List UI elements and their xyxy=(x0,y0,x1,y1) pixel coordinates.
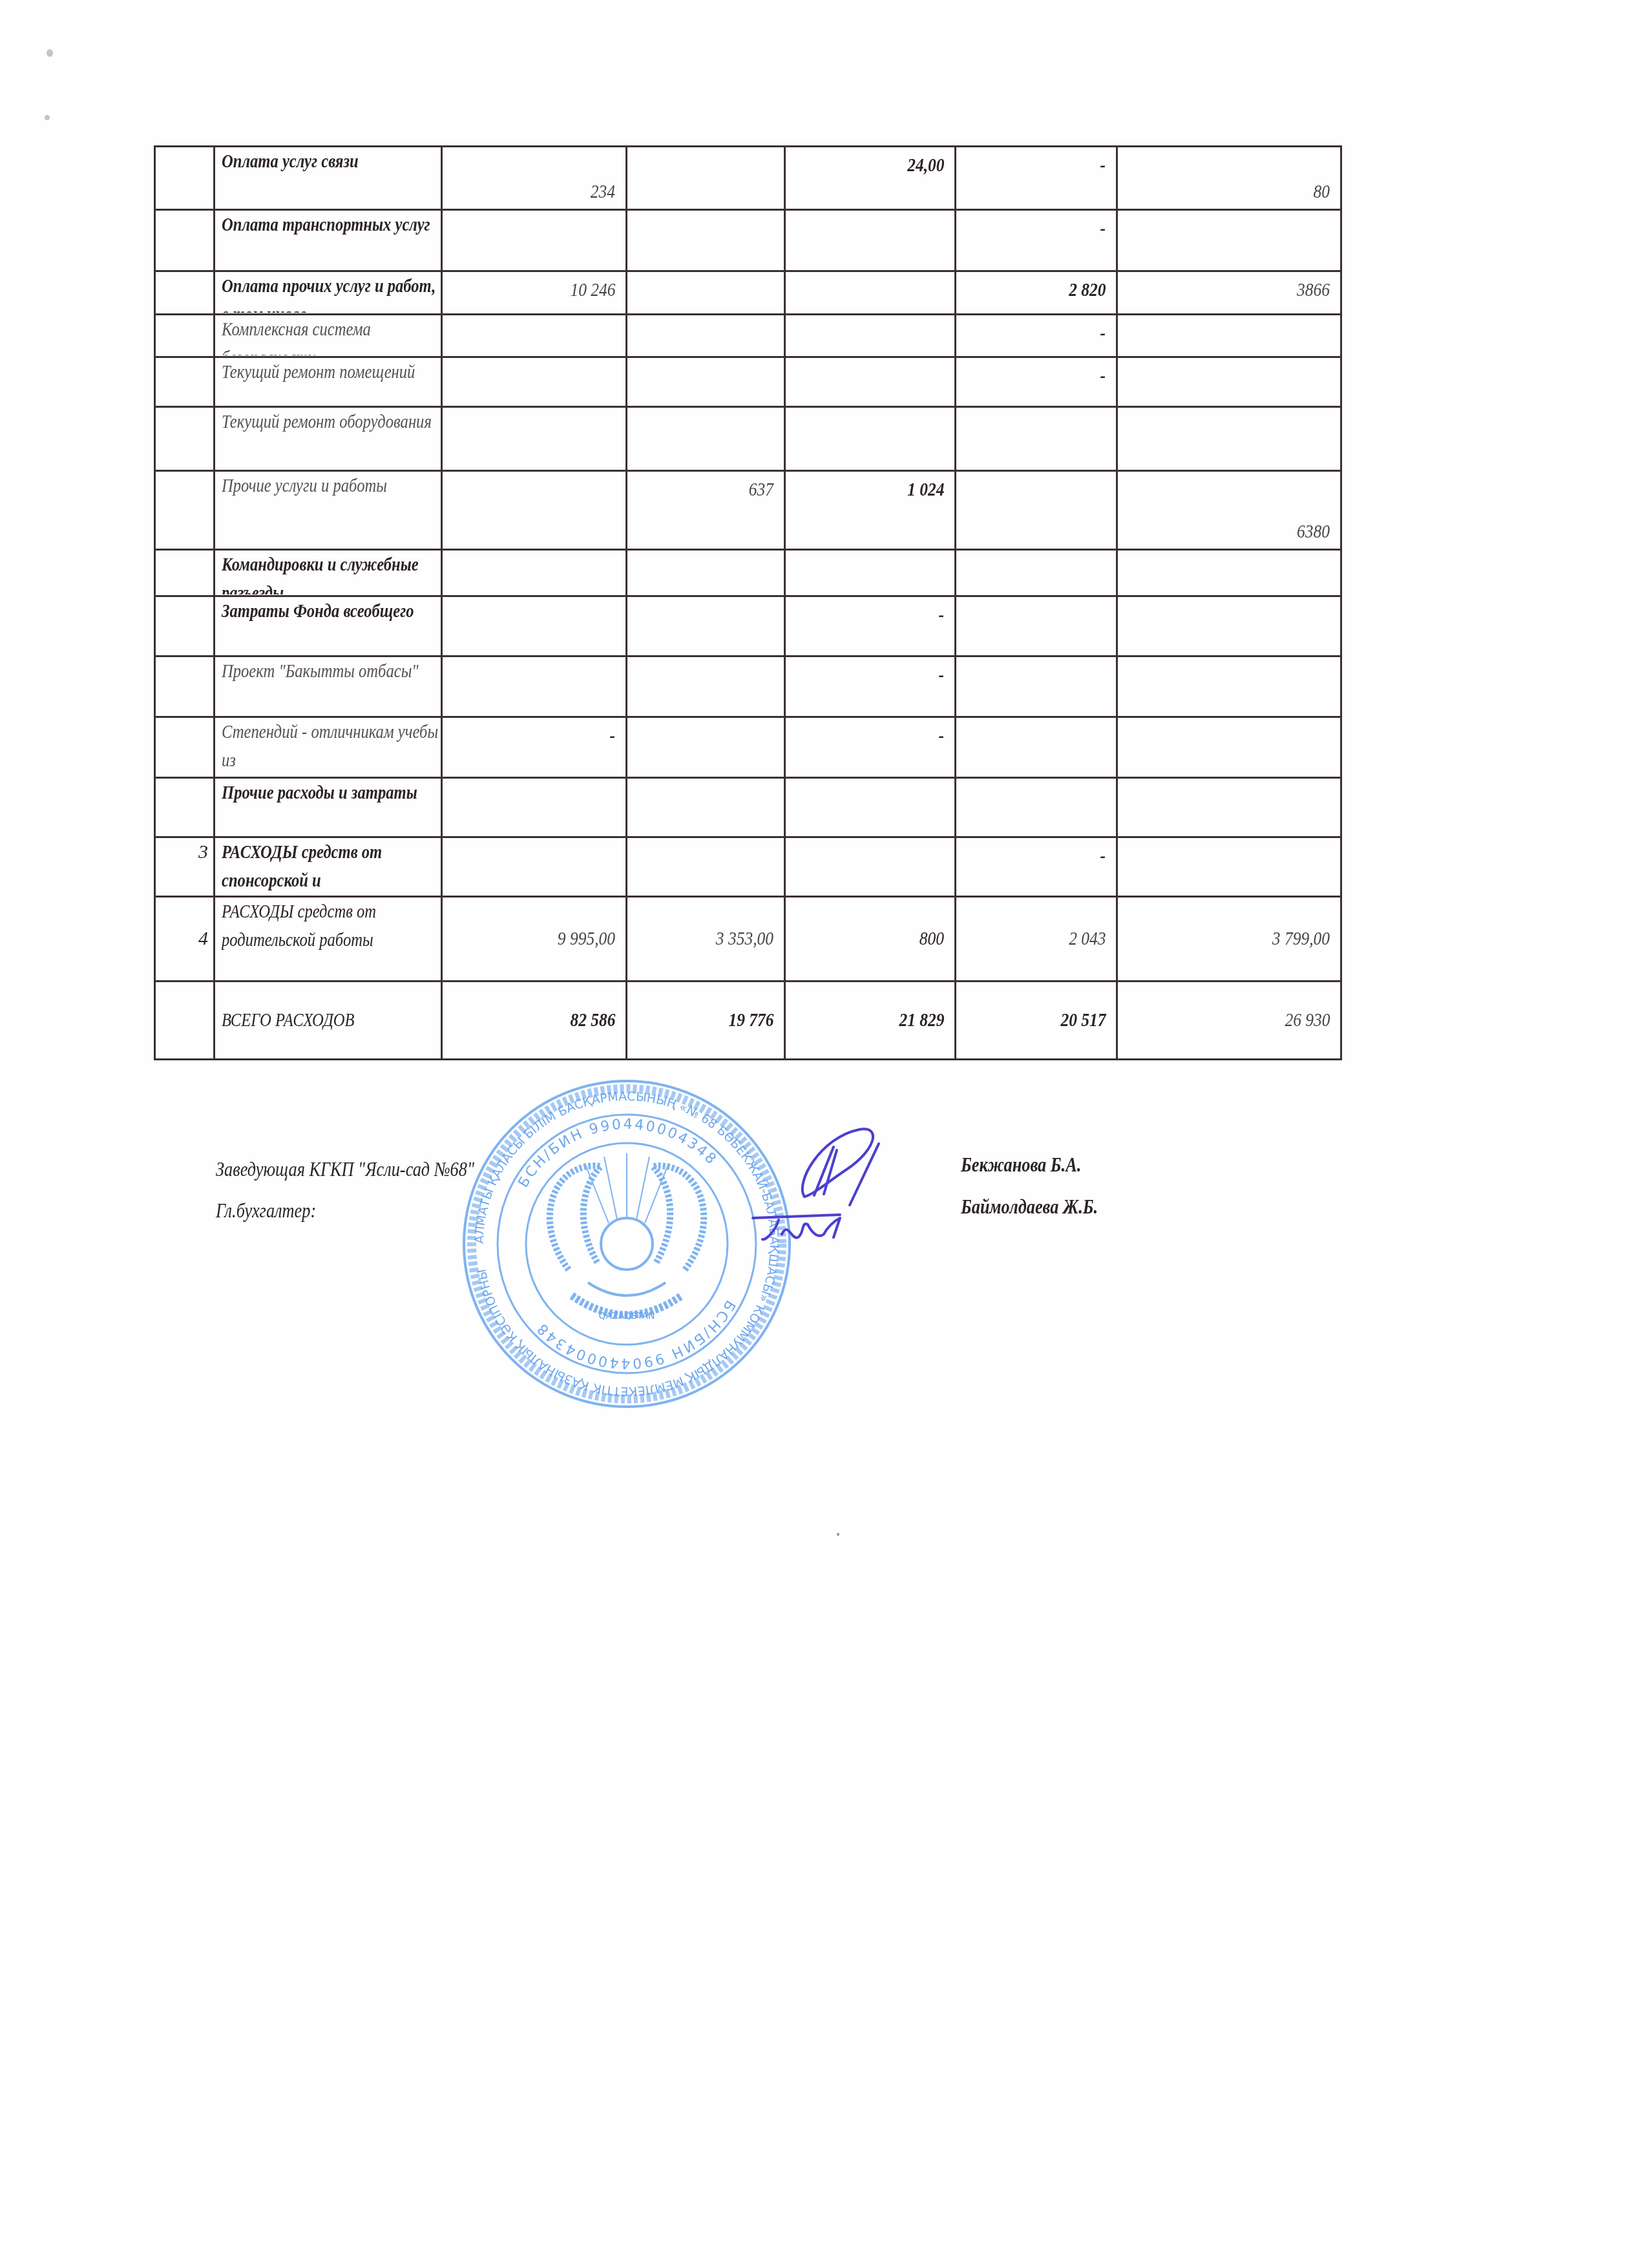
scan-speck xyxy=(45,115,50,120)
table-row: Оплата услуг связи23424,00-80 xyxy=(155,147,1341,210)
value-text: 20 517 xyxy=(1060,1006,1106,1034)
value-text: 2 820 xyxy=(1069,276,1106,304)
value-cell-col-4: 20 517 xyxy=(956,982,1117,1060)
value-cell-col-3 xyxy=(785,357,956,407)
value-cell-col-3 xyxy=(785,271,956,315)
value-cell-col-2 xyxy=(627,717,785,778)
value-text: - xyxy=(939,661,945,689)
row-label: Прочие услуги и работы xyxy=(215,471,442,550)
value-text: 10 246 xyxy=(570,276,615,304)
value-text: - xyxy=(1100,215,1106,243)
value-cell-col-2 xyxy=(627,357,785,407)
value-cell-col-3 xyxy=(785,315,956,357)
value-cell-col-1 xyxy=(442,407,627,471)
row-index: 4 xyxy=(155,897,215,982)
row-index xyxy=(155,357,215,407)
table-row: Комплексная система безопасности- xyxy=(155,315,1341,357)
value-cell-col-3 xyxy=(785,550,956,596)
value-cell-col-3 xyxy=(785,210,956,271)
row-label-text: Прочие услуги и работы xyxy=(222,472,439,500)
value-cell-col-5 xyxy=(1117,210,1341,271)
value-cell-col-2 xyxy=(627,778,785,837)
value-cell-col-2 xyxy=(627,596,785,656)
row-label-text: Степендий - отличникам учебы из xyxy=(222,718,439,775)
value-cell-col-1 xyxy=(442,596,627,656)
scan-speck xyxy=(47,49,53,57)
row-label-text: Проект "Бакытты отбасы" xyxy=(222,657,439,686)
row-label-text: Текущий ремонт помещений xyxy=(222,358,439,386)
head-title-text: Заведующая КГКП "Ясли-сад №68" xyxy=(216,1158,474,1181)
table-row: Затраты Фонда всеобщего- xyxy=(155,596,1341,656)
table-row: Командировки и служебные разъезды xyxy=(155,550,1341,596)
row-label: Командировки и служебные разъезды xyxy=(215,550,442,596)
row-label: Оплата прочих услуг и работ, в том числе xyxy=(215,271,442,315)
value-text: 19 776 xyxy=(728,1006,773,1034)
row-index xyxy=(155,596,215,656)
accountant-title-text: Гл.бухгалтер: xyxy=(216,1199,316,1223)
row-label: Прочие расходы и затраты xyxy=(215,778,442,837)
row-index xyxy=(155,210,215,271)
value-cell-col-1 xyxy=(442,315,627,357)
value-text: - xyxy=(1100,319,1106,348)
value-cell-col-1 xyxy=(442,210,627,271)
scan-speck xyxy=(837,1533,839,1536)
value-cell-col-1: 9 995,00 xyxy=(442,897,627,982)
table-row: Прочие расходы и затраты xyxy=(155,778,1341,837)
value-text: 80 xyxy=(1314,178,1330,206)
value-text: 9 995,00 xyxy=(558,925,615,953)
value-cell-col-1 xyxy=(442,550,627,596)
value-cell-col-2 xyxy=(627,210,785,271)
row-label: РАСХОДЫ средств от родительской работы xyxy=(215,897,442,982)
row-label-text: Оплата транспортных услуг xyxy=(222,211,439,239)
value-cell-col-5: 26 930 xyxy=(1117,982,1341,1060)
value-cell-col-2 xyxy=(627,550,785,596)
value-text: - xyxy=(610,722,616,750)
value-cell-col-3 xyxy=(785,407,956,471)
value-cell-col-1 xyxy=(442,778,627,837)
row-label: Проект "Бакытты отбасы" xyxy=(215,656,442,717)
value-cell-col-3: 24,00 xyxy=(785,147,956,210)
value-cell-col-4 xyxy=(956,407,1117,471)
value-cell-col-4 xyxy=(956,550,1117,596)
value-text: 82 586 xyxy=(570,1006,615,1034)
value-cell-col-3 xyxy=(785,837,956,897)
value-cell-col-1: 82 586 xyxy=(442,982,627,1060)
row-index xyxy=(155,982,215,1060)
value-cell-col-4 xyxy=(956,717,1117,778)
accountant-name: Баймолдаева Ж.Б. xyxy=(961,1195,1122,1219)
handwritten-signature-icon xyxy=(737,1111,892,1247)
value-cell-col-5 xyxy=(1117,778,1341,837)
row-index xyxy=(155,271,215,315)
value-text: 2 043 xyxy=(1069,925,1106,953)
document-page: Оплата услуг связи23424,00-80Оплата тран… xyxy=(0,0,1649,2268)
value-cell-col-3 xyxy=(785,778,956,837)
value-cell-col-5 xyxy=(1117,837,1341,897)
value-cell-col-4: 2 820 xyxy=(956,271,1117,315)
row-index xyxy=(155,778,215,837)
row-index: 3 xyxy=(155,837,215,897)
row-label-text: Командировки и служебные разъезды xyxy=(222,551,439,594)
value-cell-col-2 xyxy=(627,147,785,210)
value-cell-col-4: 2 043 xyxy=(956,897,1117,982)
value-cell-col-5 xyxy=(1117,407,1341,471)
value-cell-col-4 xyxy=(956,596,1117,656)
table-row: 4РАСХОДЫ средств от родительской работы9… xyxy=(155,897,1341,982)
value-cell-col-4: - xyxy=(956,837,1117,897)
value-cell-col-2: 3 353,00 xyxy=(627,897,785,982)
value-cell-col-3: 800 xyxy=(785,897,956,982)
row-label: Степендий - отличникам учебы из xyxy=(215,717,442,778)
value-cell-col-4: - xyxy=(956,147,1117,210)
value-cell-col-3: - xyxy=(785,596,956,656)
value-cell-col-3: - xyxy=(785,656,956,717)
row-label-text: Комплексная система безопасности xyxy=(222,315,439,355)
value-cell-col-5 xyxy=(1117,596,1341,656)
value-cell-col-2: 637 xyxy=(627,471,785,550)
value-text: - xyxy=(1100,362,1106,390)
value-cell-col-5: 3866 xyxy=(1117,271,1341,315)
row-label-text: Оплата услуг связи xyxy=(222,147,439,176)
value-text: 234 xyxy=(591,178,615,206)
row-label-text: Прочие расходы и затраты xyxy=(222,779,439,807)
value-text: 6380 xyxy=(1297,518,1330,546)
value-cell-col-4: - xyxy=(956,315,1117,357)
value-cell-col-5 xyxy=(1117,550,1341,596)
svg-text:QAZAQSTAN: QAZAQSTAN xyxy=(599,1311,655,1321)
row-index xyxy=(155,550,215,596)
row-index xyxy=(155,315,215,357)
row-index xyxy=(155,147,215,210)
value-cell-col-5 xyxy=(1117,717,1341,778)
row-label-text: Оплата прочих услуг и работ, в том числе xyxy=(222,272,439,313)
value-cell-col-5: 6380 xyxy=(1117,471,1341,550)
value-cell-col-1 xyxy=(442,471,627,550)
row-index xyxy=(155,656,215,717)
svg-text:АЛМАТЫ ҚАЛАСЫ БІЛІМ БАСҚАРМАСЫ: АЛМАТЫ ҚАЛАСЫ БІЛІМ БАСҚАРМАСЫНЫҢ «№ 68 … xyxy=(472,1089,781,1398)
value-cell-col-4 xyxy=(956,656,1117,717)
accountant-signature-title: Гл.бухгалтер: xyxy=(216,1199,334,1223)
value-cell-col-2 xyxy=(627,271,785,315)
table-row: Текущий ремонт оборудования xyxy=(155,407,1341,471)
table-row: Оплата транспортных услуг- xyxy=(155,210,1341,271)
table-row: Прочие услуги и работы6371 0246380 xyxy=(155,471,1341,550)
value-cell-col-3: - xyxy=(785,717,956,778)
value-cell-col-5 xyxy=(1117,315,1341,357)
value-text: - xyxy=(1100,151,1106,180)
row-label: Текущий ремонт помещений xyxy=(215,357,442,407)
value-cell-col-3: 1 024 xyxy=(785,471,956,550)
value-text: 800 xyxy=(919,925,944,953)
value-cell-col-4 xyxy=(956,778,1117,837)
value-text: - xyxy=(1100,842,1106,870)
value-cell-col-1 xyxy=(442,837,627,897)
row-label: Комплексная система безопасности xyxy=(215,315,442,357)
row-label: Оплата услуг связи xyxy=(215,147,442,210)
value-cell-col-1: 10 246 xyxy=(442,271,627,315)
value-cell-col-2: 19 776 xyxy=(627,982,785,1060)
value-cell-col-4: - xyxy=(956,357,1117,407)
row-index xyxy=(155,717,215,778)
row-label: Оплата транспортных услуг xyxy=(215,210,442,271)
value-cell-col-2 xyxy=(627,656,785,717)
value-text: 24,00 xyxy=(907,151,944,180)
value-cell-col-1 xyxy=(442,656,627,717)
value-text: 637 xyxy=(749,476,773,504)
value-cell-col-4: - xyxy=(956,210,1117,271)
row-index xyxy=(155,407,215,471)
value-cell-col-1 xyxy=(442,357,627,407)
row-label-text: Текущий ремонт оборудования xyxy=(222,408,439,436)
row-label: Затраты Фонда всеобщего xyxy=(215,596,442,656)
expense-table: Оплата услуг связи23424,00-80Оплата тран… xyxy=(154,145,1342,1060)
head-name-text: Бекжанова Б.А. xyxy=(961,1153,1081,1177)
row-label-text: РАСХОДЫ средств от родительской работы xyxy=(222,898,439,954)
row-label-text: РАСХОДЫ средств от спонсорской и xyxy=(222,838,439,895)
value-cell-col-2 xyxy=(627,407,785,471)
table-row: Степендий - отличникам учебы из-- xyxy=(155,717,1341,778)
value-text: - xyxy=(939,601,945,629)
row-label: Текущий ремонт оборудования xyxy=(215,407,442,471)
table-row: ВСЕГО РАСХОДОВ82 58619 77621 82920 51726… xyxy=(155,982,1341,1060)
value-text: 21 829 xyxy=(899,1006,944,1034)
value-text: 26 930 xyxy=(1285,1006,1330,1034)
value-cell-col-5: 80 xyxy=(1117,147,1341,210)
row-label: ВСЕГО РАСХОДОВ xyxy=(215,982,442,1060)
value-cell-col-4 xyxy=(956,471,1117,550)
value-cell-col-5 xyxy=(1117,357,1341,407)
table-row: 3РАСХОДЫ средств от спонсорской и- xyxy=(155,837,1341,897)
accountant-name-text: Баймолдаева Ж.Б. xyxy=(961,1195,1098,1219)
value-text: 3866 xyxy=(1297,276,1330,304)
table-row: Проект "Бакытты отбасы"- xyxy=(155,656,1341,717)
value-text: 1 024 xyxy=(907,476,944,504)
row-label: РАСХОДЫ средств от спонсорской и xyxy=(215,837,442,897)
value-cell-col-1: 234 xyxy=(442,147,627,210)
value-text: - xyxy=(939,722,945,750)
table-row: Оплата прочих услуг и работ, в том числе… xyxy=(155,271,1341,315)
head-name: Бекжанова Б.А. xyxy=(961,1153,1102,1177)
value-cell-col-5: 3 799,00 xyxy=(1117,897,1341,982)
value-text: 3 353,00 xyxy=(716,925,773,953)
row-label-text: ВСЕГО РАСХОДОВ xyxy=(222,1006,401,1034)
table-row: Текущий ремонт помещений- xyxy=(155,357,1341,407)
value-cell-col-2 xyxy=(627,315,785,357)
value-cell-col-3: 21 829 xyxy=(785,982,956,1060)
value-cell-col-5 xyxy=(1117,656,1341,717)
value-text: 3 799,00 xyxy=(1272,925,1330,953)
row-label-text: Затраты Фонда всеобщего xyxy=(222,597,439,625)
value-cell-col-1: - xyxy=(442,717,627,778)
row-index xyxy=(155,471,215,550)
value-cell-col-2 xyxy=(627,837,785,897)
